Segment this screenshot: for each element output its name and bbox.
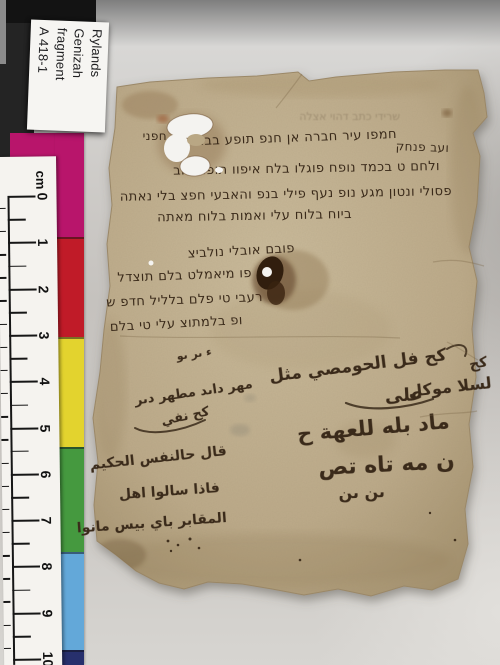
ruler-tick-half (8, 219, 26, 221)
ruler-tick-quarter (1, 416, 8, 417)
ruler-number: 6 (38, 466, 54, 482)
ruler-tick-major (13, 612, 41, 614)
ruler-tick-quarter (3, 578, 10, 579)
manuscript-line: ىن ىن (338, 482, 385, 503)
ruler-tick-half (11, 450, 29, 452)
ruler-tick-quarter (0, 277, 6, 278)
ruler-tick-quarter (1, 393, 8, 394)
ruler-tick-major (12, 566, 40, 568)
ruler-number: 7 (38, 512, 54, 528)
ruler-tick-quarter (0, 300, 7, 301)
ruler-tick-major (11, 473, 39, 475)
ruler-tick-major (10, 381, 38, 383)
ruler-tick-major (7, 196, 35, 198)
ruler-tick-quarter (0, 231, 6, 232)
ruler-tick-quarter (0, 254, 6, 255)
ruler-number: 5 (37, 420, 53, 436)
ruler-tick-quarter (3, 532, 10, 533)
ruler-tick-major (11, 520, 39, 522)
shelfmark-text: RylandsGenizahfragmentA 418-1 (27, 20, 109, 133)
ruler-tick-half (11, 497, 29, 499)
ruler-tick-major (10, 427, 38, 429)
ruler-tick-quarter (4, 648, 11, 649)
ruler-tick-half (8, 265, 26, 267)
ruler-tick-major (8, 242, 36, 244)
ruler-tick-half (9, 358, 27, 360)
ruler-number: 1 (35, 235, 51, 251)
ruler-tick-half (12, 543, 30, 545)
ruler-tick-quarter (0, 324, 7, 325)
ruler-tick-half (12, 589, 30, 591)
cm-ruler: cm 012345678910 (0, 156, 62, 665)
ruler-tick-half (10, 404, 28, 406)
ruler-tick-quarter (1, 439, 8, 440)
ruler-tick-major (9, 334, 37, 336)
ruler-number: 4 (37, 374, 53, 390)
shelfmark-line: Rylands (84, 29, 105, 133)
ruler-tick-quarter (3, 601, 10, 602)
ruler-number: 9 (39, 605, 55, 621)
ruler-number: 2 (36, 281, 52, 297)
ruler-number: 8 (39, 559, 55, 575)
ruler-tick-quarter (4, 624, 11, 625)
ruler-tick-quarter (0, 208, 6, 209)
ruler-unit-label: cm (33, 170, 48, 189)
ruler-number: 0 (34, 188, 50, 204)
ruler-tick-quarter (2, 486, 9, 487)
ruler-tick-quarter (3, 555, 10, 556)
ruler-tick-quarter (0, 347, 7, 348)
shelfmark-label: RylandsGenizahfragmentA 418-1 (27, 20, 109, 133)
ruler-tick-quarter (2, 462, 9, 463)
manuscript-line: كح (468, 354, 490, 373)
ruler-tick-major (13, 659, 41, 661)
photo-stage: cm 012345678910 RylandsGenizahfragmentA … (0, 0, 500, 665)
ruler-tick-half (13, 636, 31, 638)
manuscript-line: שרידי כתב דהוי אצלה (299, 110, 400, 123)
manuscript-line: ועב פנחק (396, 139, 450, 155)
ruler-tick-quarter (1, 370, 8, 371)
ruler-tick-half (9, 312, 27, 314)
ruler-number: 10 (40, 651, 56, 665)
ruler-number: 3 (36, 327, 52, 343)
manuscript-line: חפני (143, 129, 167, 143)
ruler-tick-quarter (2, 509, 9, 510)
ruler-tick-major (9, 288, 37, 290)
